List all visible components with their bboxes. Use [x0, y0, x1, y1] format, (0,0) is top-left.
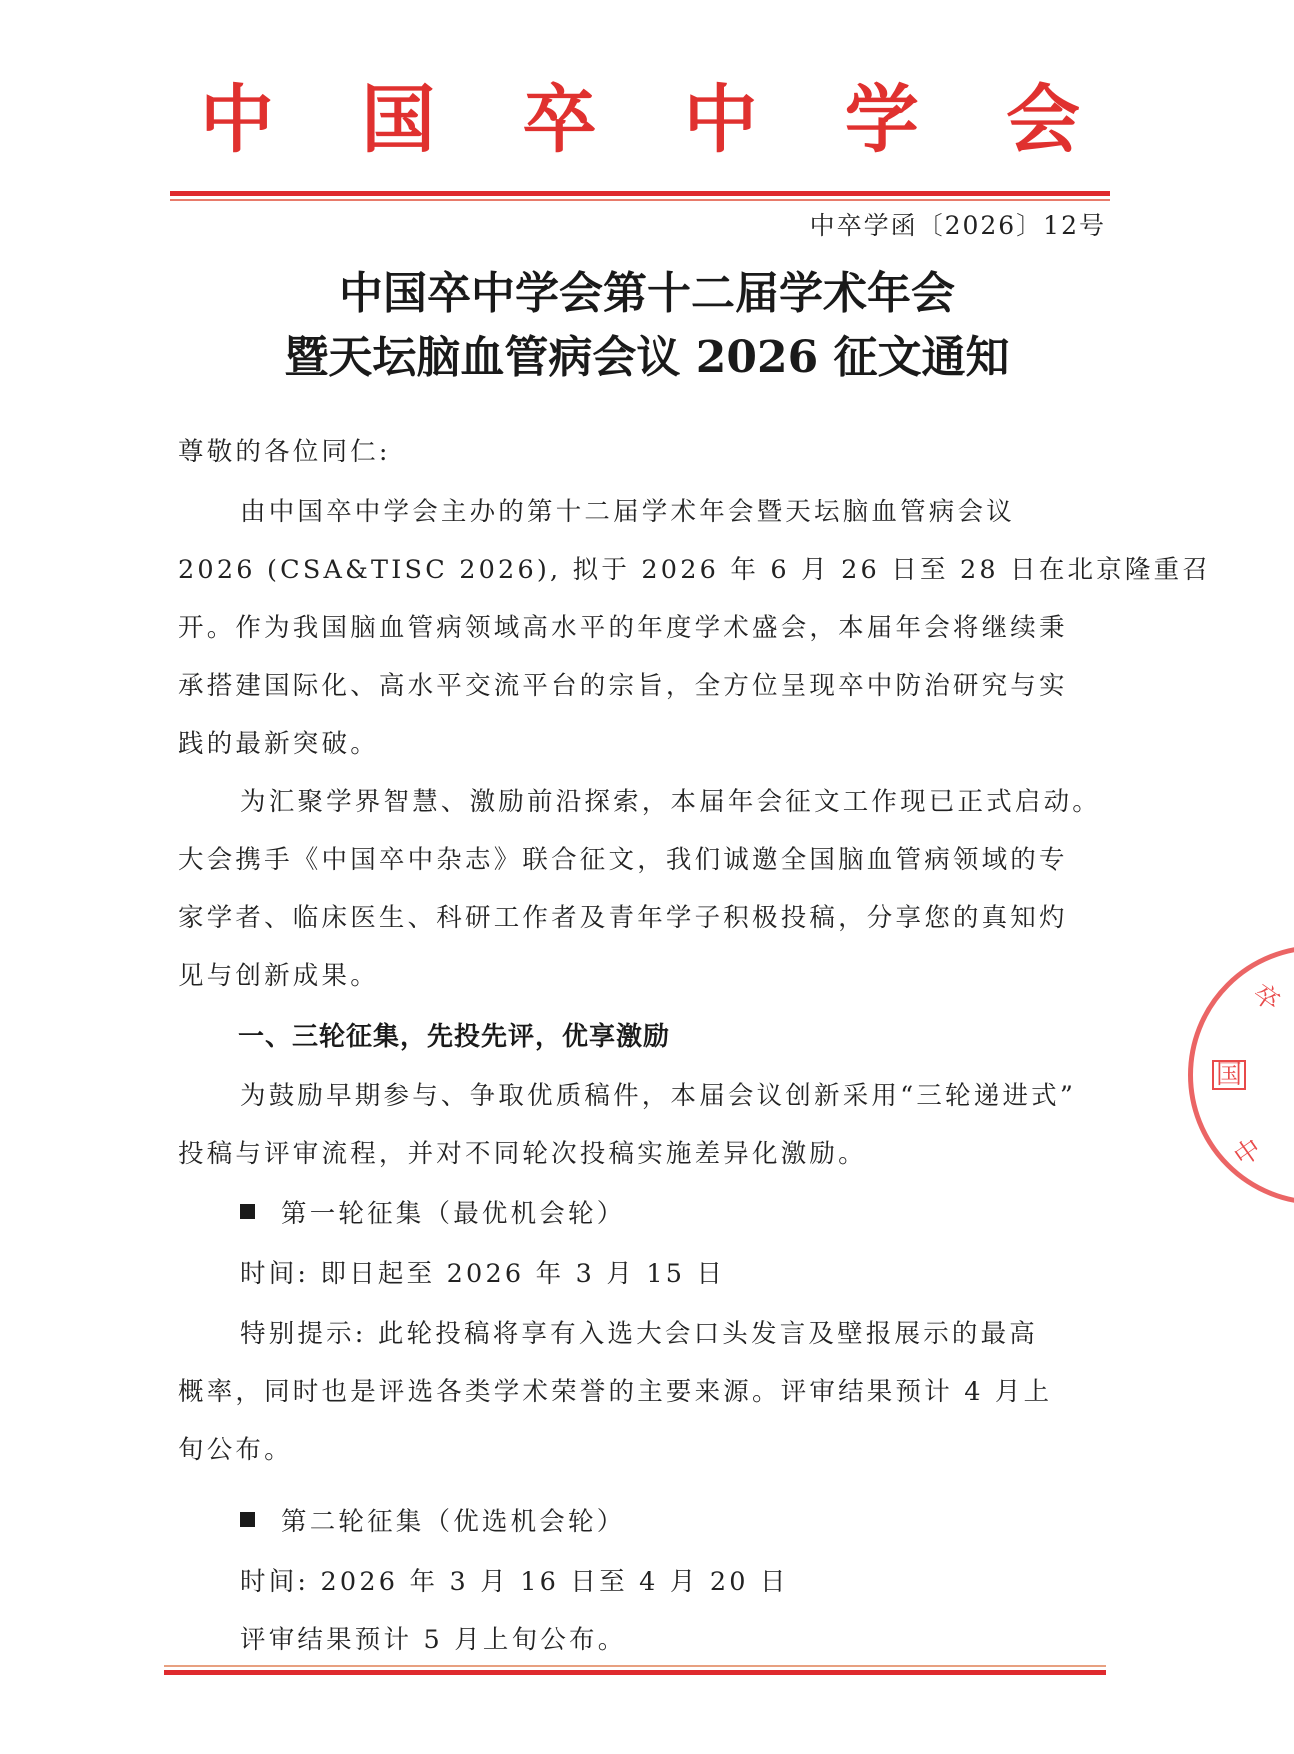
section-1-intro-line: 为鼓励早期参与、争取优质稿件，本届会议创新采用“三轮递进式”	[240, 1084, 1076, 1110]
letterhead-char: 中	[684, 83, 758, 157]
letterhead-char: 国	[361, 83, 435, 157]
paragraph-2-line: 为汇聚学界智慧、激励前沿探索，本届年会征文工作现已正式启动。	[240, 790, 1101, 816]
paragraph-1-line: 践的最新突破。	[178, 732, 379, 758]
section-1-heading: 一、三轮征集，先投先评，优享激励	[238, 1024, 670, 1050]
round-1-note-line: 概率，同时也是评选各类学术荣誉的主要来源。评审结果预计 4 月上	[178, 1380, 1052, 1406]
seal-char: 国	[1212, 1060, 1246, 1090]
letterhead-char: 卒	[522, 83, 596, 157]
letterhead-rule-thick	[170, 191, 1110, 196]
letterhead-org-name: 中 国 卒 中 学 会	[200, 70, 1080, 170]
round-2-note-line: 评审结果预计 5 月上旬公布。	[240, 1628, 626, 1654]
square-bullet-icon	[240, 1204, 255, 1219]
paragraph-2-line: 家学者、临床医生、科研工作者及青年学子积极投稿，分享您的真知灼	[178, 906, 1068, 932]
paragraph-1-line: 2026 (CSA&TISC 2026), 拟于 2026 年 6 月 26 日…	[178, 558, 1211, 584]
round-2-time: 时间: 2026 年 3 月 16 日至 4 月 20 日	[240, 1570, 789, 1596]
round-1-title: 第一轮征集（最优机会轮）	[240, 1202, 625, 1228]
document-title-line-1: 中国卒中学会第十二届学术年会	[0, 272, 1294, 316]
round-1-note-line: 旬公布。	[178, 1438, 293, 1464]
paragraph-1-line: 由中国卒中学会主办的第十二届学术年会暨天坛脑血管病会议	[240, 500, 1015, 526]
round-2-title-text: 第二轮征集（优选机会轮）	[281, 1507, 625, 1537]
document-number: 中卒学函〔2026〕12号	[810, 206, 1106, 242]
paragraph-2-line: 大会携手《中国卒中杂志》联合征文，我们诚邀全国脑血管病领域的专	[178, 848, 1068, 874]
letterhead-char: 学	[845, 83, 919, 157]
letterhead-char: 会	[1006, 83, 1080, 157]
footer-rule-thin	[164, 1665, 1106, 1667]
paragraph-2-line: 见与创新成果。	[178, 964, 379, 990]
paragraph-1-line: 承搭建国际化、高水平交流平台的宗旨，全方位呈现卒中防治研究与实	[178, 674, 1068, 700]
paragraph-1-line: 开。作为我国脑血管病领域高水平的年度学术盛会，本届年会将继续秉	[178, 616, 1068, 642]
letterhead-char: 中	[200, 83, 274, 157]
round-1-note-line: 特别提示: 此轮投稿将享有入选大会口头发言及壁报展示的最高	[240, 1322, 1038, 1348]
square-bullet-icon	[240, 1512, 255, 1527]
section-1-intro-line: 投稿与评审流程，并对不同轮次投稿实施差异化激励。	[178, 1142, 867, 1168]
letterhead-rule-thin	[170, 199, 1110, 201]
round-1-time: 时间: 即日起至 2026 年 3 月 15 日	[240, 1262, 725, 1288]
round-1-title-text: 第一轮征集（最优机会轮）	[281, 1199, 625, 1229]
document-title-line-2: 暨天坛脑血管病会议 2026 征文通知	[0, 336, 1294, 380]
footer-rule-thick	[164, 1670, 1106, 1675]
salutation: 尊敬的各位同仁:	[178, 440, 391, 466]
round-2-title: 第二轮征集（优选机会轮）	[240, 1510, 625, 1536]
